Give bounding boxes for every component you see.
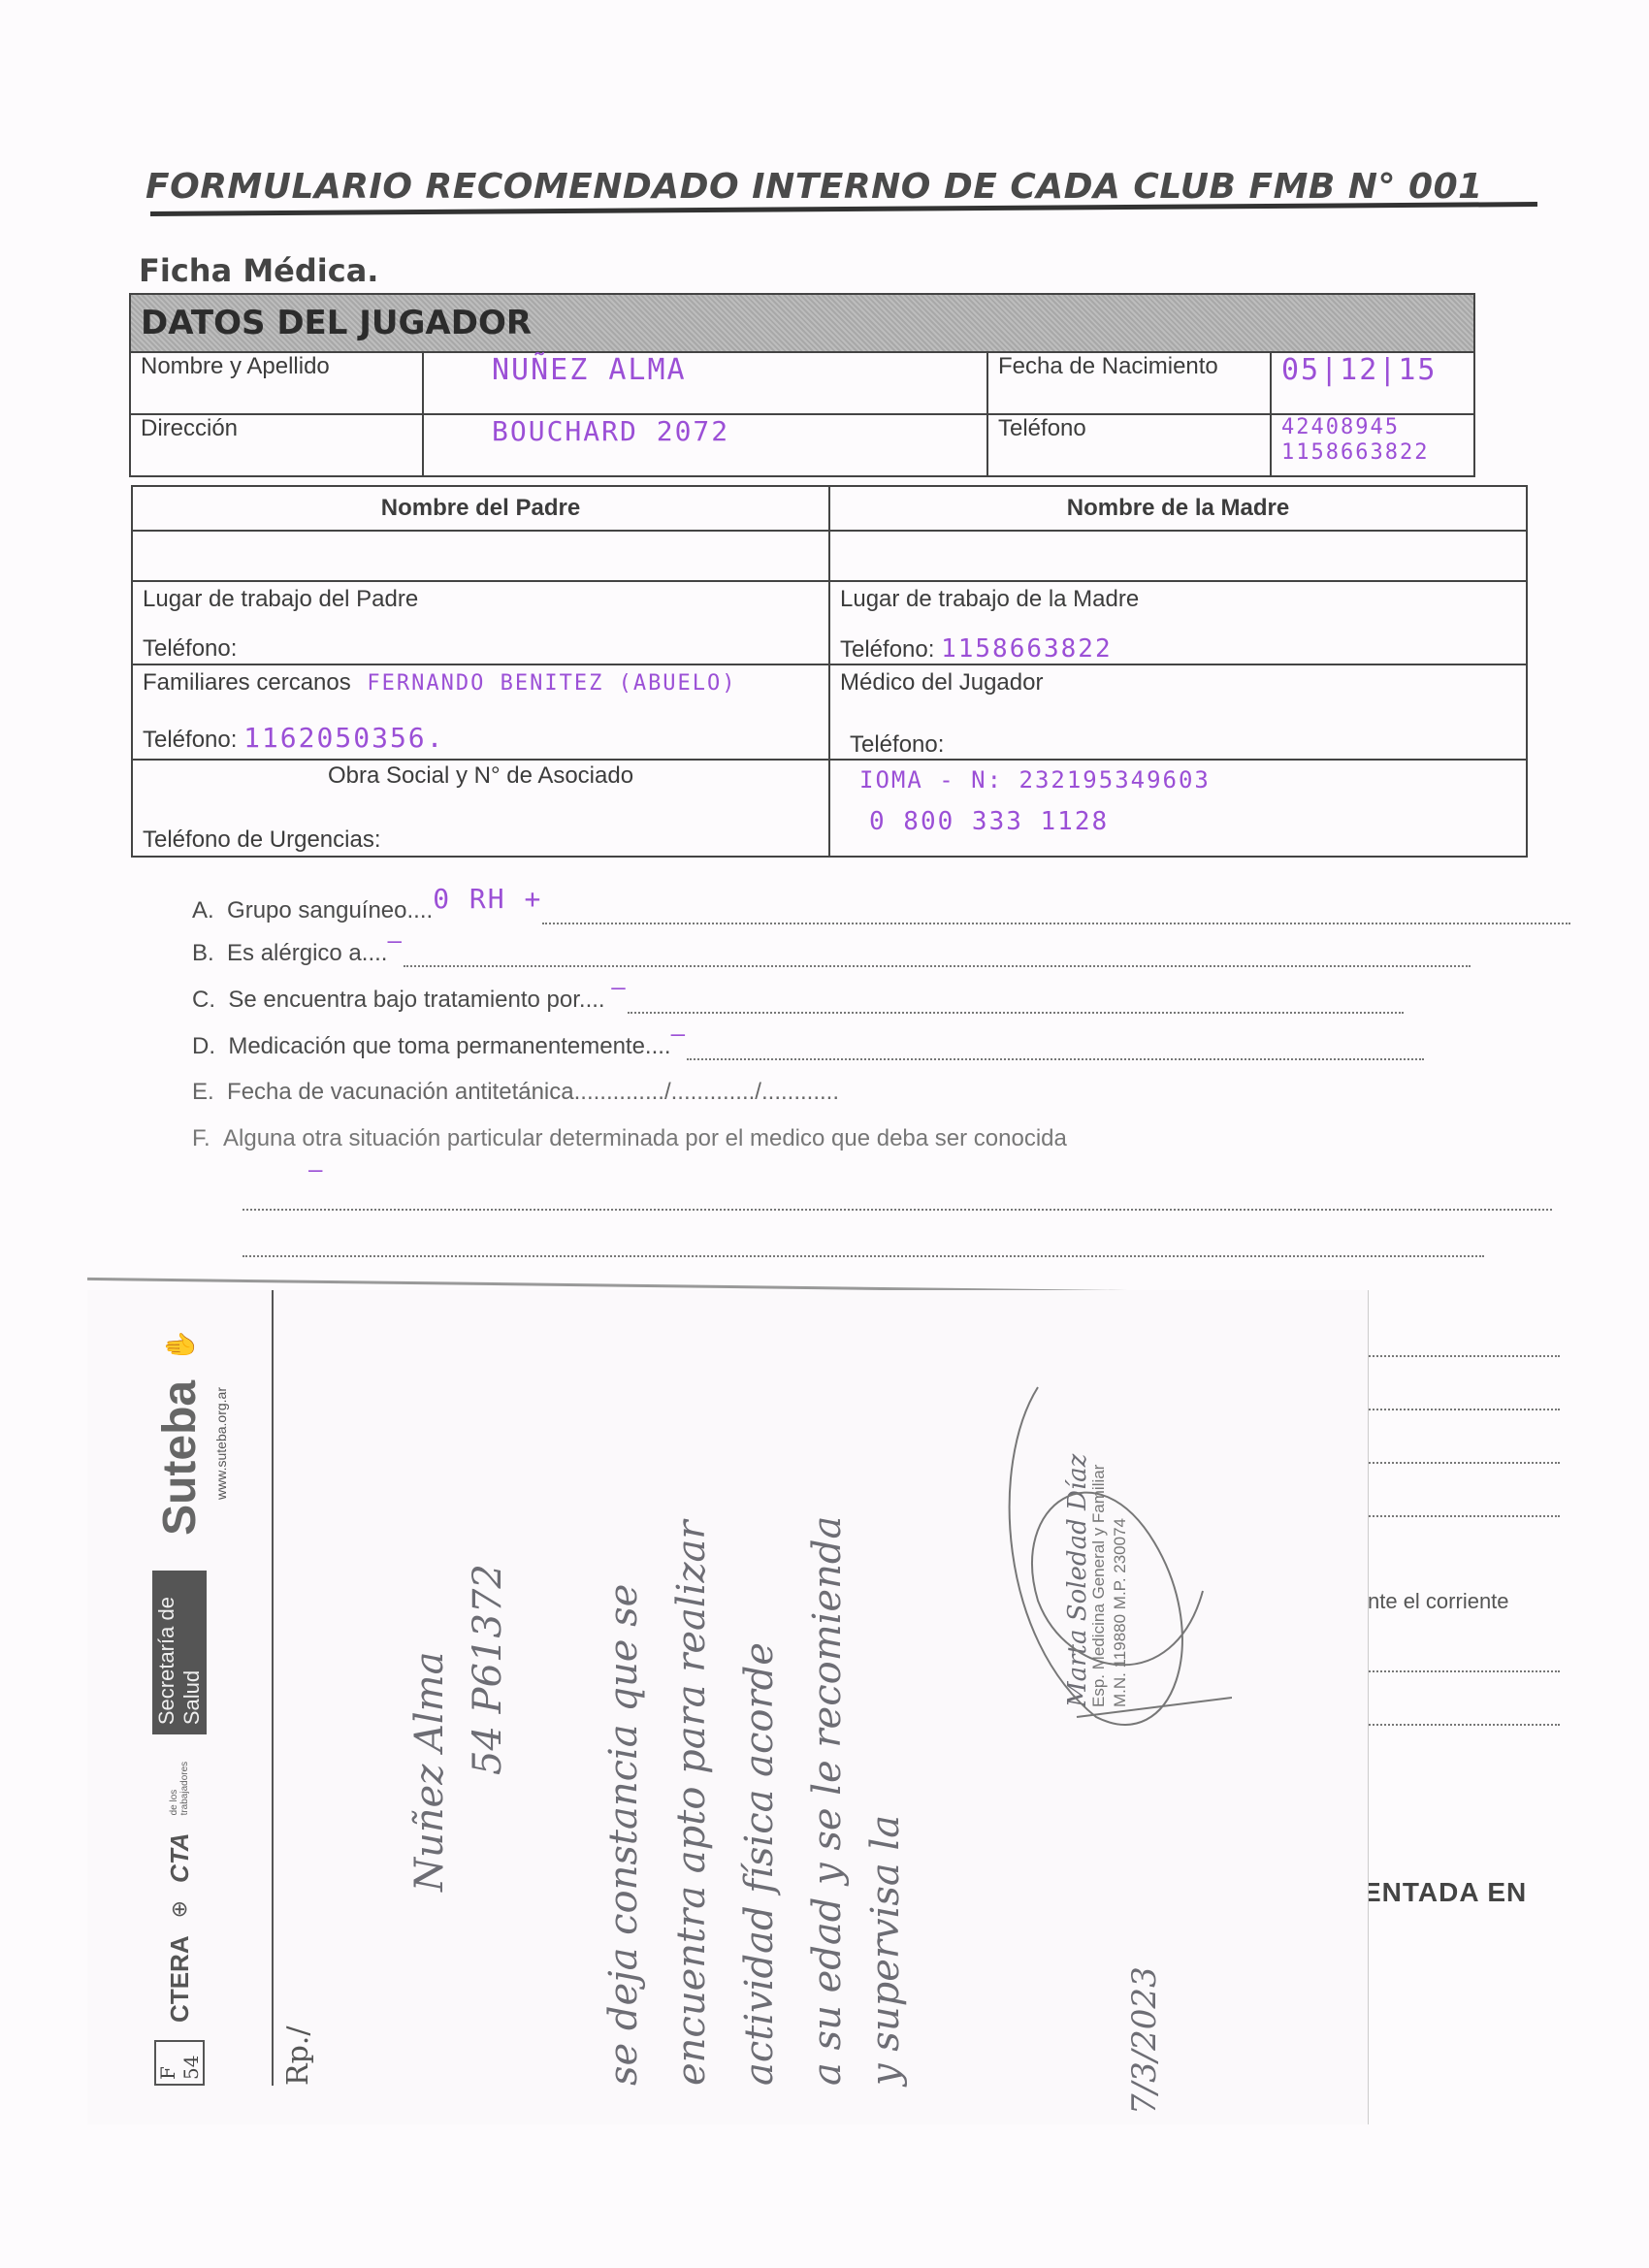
relatives-field[interactable]: FERNANDO BENITEZ (ABUELO) [367, 671, 736, 696]
father-phone-label: Teléfono: [143, 635, 237, 662]
prescription-date: 7/3/2023 [1125, 1966, 1164, 2115]
website-text: www.suteba.org.ar [213, 1387, 229, 2086]
doctor-label: Médico del Jugador [840, 669, 1516, 697]
other-line-2[interactable] [242, 1230, 1484, 1257]
treatment-field[interactable]: — [611, 974, 627, 1001]
mother-phone-field[interactable]: 1158663822 [941, 634, 1113, 664]
globe-icon: ⊕ [167, 1900, 192, 1918]
right-line-4 [1366, 1513, 1560, 1517]
father-name-header: Nombre del Padre [132, 486, 829, 531]
form-code: F 54 [154, 2040, 205, 2086]
name-label: Nombre y Apellido [130, 352, 423, 414]
question-tetanus: E. Fecha de vacunación antitetánica.....… [192, 1079, 839, 1106]
right-line-3 [1366, 1460, 1560, 1464]
emergency-phone-field[interactable]: 0 800 333 1128 [869, 807, 1516, 836]
question-other: F. Alguna otra situación particular dete… [192, 1125, 1067, 1152]
mother-phone-label: Teléfono: [840, 636, 934, 663]
phone-field-1[interactable]: 42408945 [1281, 415, 1464, 440]
patient-name: Nuñez Alma [407, 1652, 452, 1892]
phone-field-2[interactable]: 1158663822 [1281, 440, 1464, 466]
cta-logo: CTA [165, 1832, 195, 1883]
right-line-5 [1366, 1669, 1560, 1672]
relatives-label: Familiares cercanos [143, 669, 351, 696]
address-field[interactable]: BOUCHARD 2072 [492, 415, 729, 447]
body-line-5: y supervisa la [863, 1815, 908, 2086]
body-line-3: actividad física acorde [737, 1642, 782, 2086]
right-line-6 [1366, 1722, 1560, 1726]
question-treatment: C. Se encuentra bajo tratamiento por....… [192, 986, 1404, 1014]
body-line-2: encuentra apto para realizar [669, 1520, 714, 2086]
cta-subtitle: de los trabajadores [169, 1752, 190, 1815]
suteba-logo: Suteba [153, 1380, 207, 1536]
question-allergies: B. Es alérgico a....— [192, 939, 1471, 967]
mother-name-header: Nombre de la Madre [829, 486, 1527, 531]
phone-label: Teléfono [987, 414, 1271, 476]
rp-label: Rp./ [281, 2026, 315, 2086]
relatives-phone-label: Teléfono: [143, 727, 237, 753]
header-rule [272, 1290, 274, 2086]
blood-type-field[interactable]: 0 RH + [433, 883, 542, 915]
other-field[interactable]: — [308, 1156, 324, 1183]
other-line-1[interactable] [242, 1183, 1552, 1211]
dob-field[interactable]: 05|12|15 [1281, 353, 1438, 387]
right-line-2 [1366, 1407, 1560, 1410]
dob-label: Fecha de Nacimiento [987, 352, 1271, 414]
hand-icon: ✋ [164, 1329, 196, 1363]
body-line-4: a su edad y se le recomienda [805, 1516, 850, 2086]
doctor-phone-label: Teléfono: [850, 731, 1516, 759]
tetanus-date-field[interactable]: Fecha de vacunación antitetánica........… [227, 1079, 839, 1105]
section-title: DATOS DEL JUGADOR [130, 294, 1474, 352]
right-line-1 [1366, 1353, 1560, 1357]
department-label: Secretaría de Salud [152, 1571, 207, 1734]
address-label: Dirección [130, 414, 423, 476]
signature-scribble [980, 1348, 1232, 1756]
body-line-1: se deja constancia que se [601, 1584, 646, 2086]
form-subtitle: Ficha Médica. [139, 252, 378, 289]
partial-heading: ENTADA EN [1363, 1877, 1527, 1908]
patient-id: 54 P61372 [466, 1564, 510, 1775]
mother-name-field[interactable] [829, 531, 1527, 581]
father-name-field[interactable] [132, 531, 829, 581]
prescription-slip: F 54 CTERA ⊕ CTA de los trabajadores Sec… [87, 1290, 1369, 2124]
allergies-field[interactable]: — [387, 927, 403, 955]
form-title: FORMULARIO RECOMENDADO INTERNO DE CADA C… [145, 167, 1483, 207]
mother-work-label: Lugar de trabajo de la Madre [840, 586, 1516, 613]
family-data-table: Nombre del Padre Nombre de la Madre Luga… [131, 485, 1528, 858]
emergency-label: Teléfono de Urgencias: [143, 826, 819, 854]
insurance-field[interactable]: IOMA - N: 232195349603 [859, 766, 1516, 794]
player-data-table: DATOS DEL JUGADOR Nombre y Apellido NUÑE… [129, 293, 1475, 477]
question-medication: D. Medicación que toma permanentemente..… [192, 1032, 1424, 1060]
ctera-logo: CTERA [165, 1935, 195, 2023]
insurance-label: Obra Social y N° de Asociado [143, 762, 819, 790]
father-work-label: Lugar de trabajo del Padre [143, 586, 819, 613]
prescription-header: F 54 CTERA ⊕ CTA de los trabajadores Sec… [145, 1329, 262, 2086]
medication-field[interactable]: — [671, 1021, 687, 1048]
name-field[interactable]: NUÑEZ ALMA [492, 353, 687, 387]
question-blood-type: A. Grupo sanguíneo....0 RH + [192, 892, 1570, 924]
partial-text: nte el corriente [1368, 1589, 1509, 1614]
relatives-phone-field[interactable]: 1162050356. [243, 722, 444, 754]
